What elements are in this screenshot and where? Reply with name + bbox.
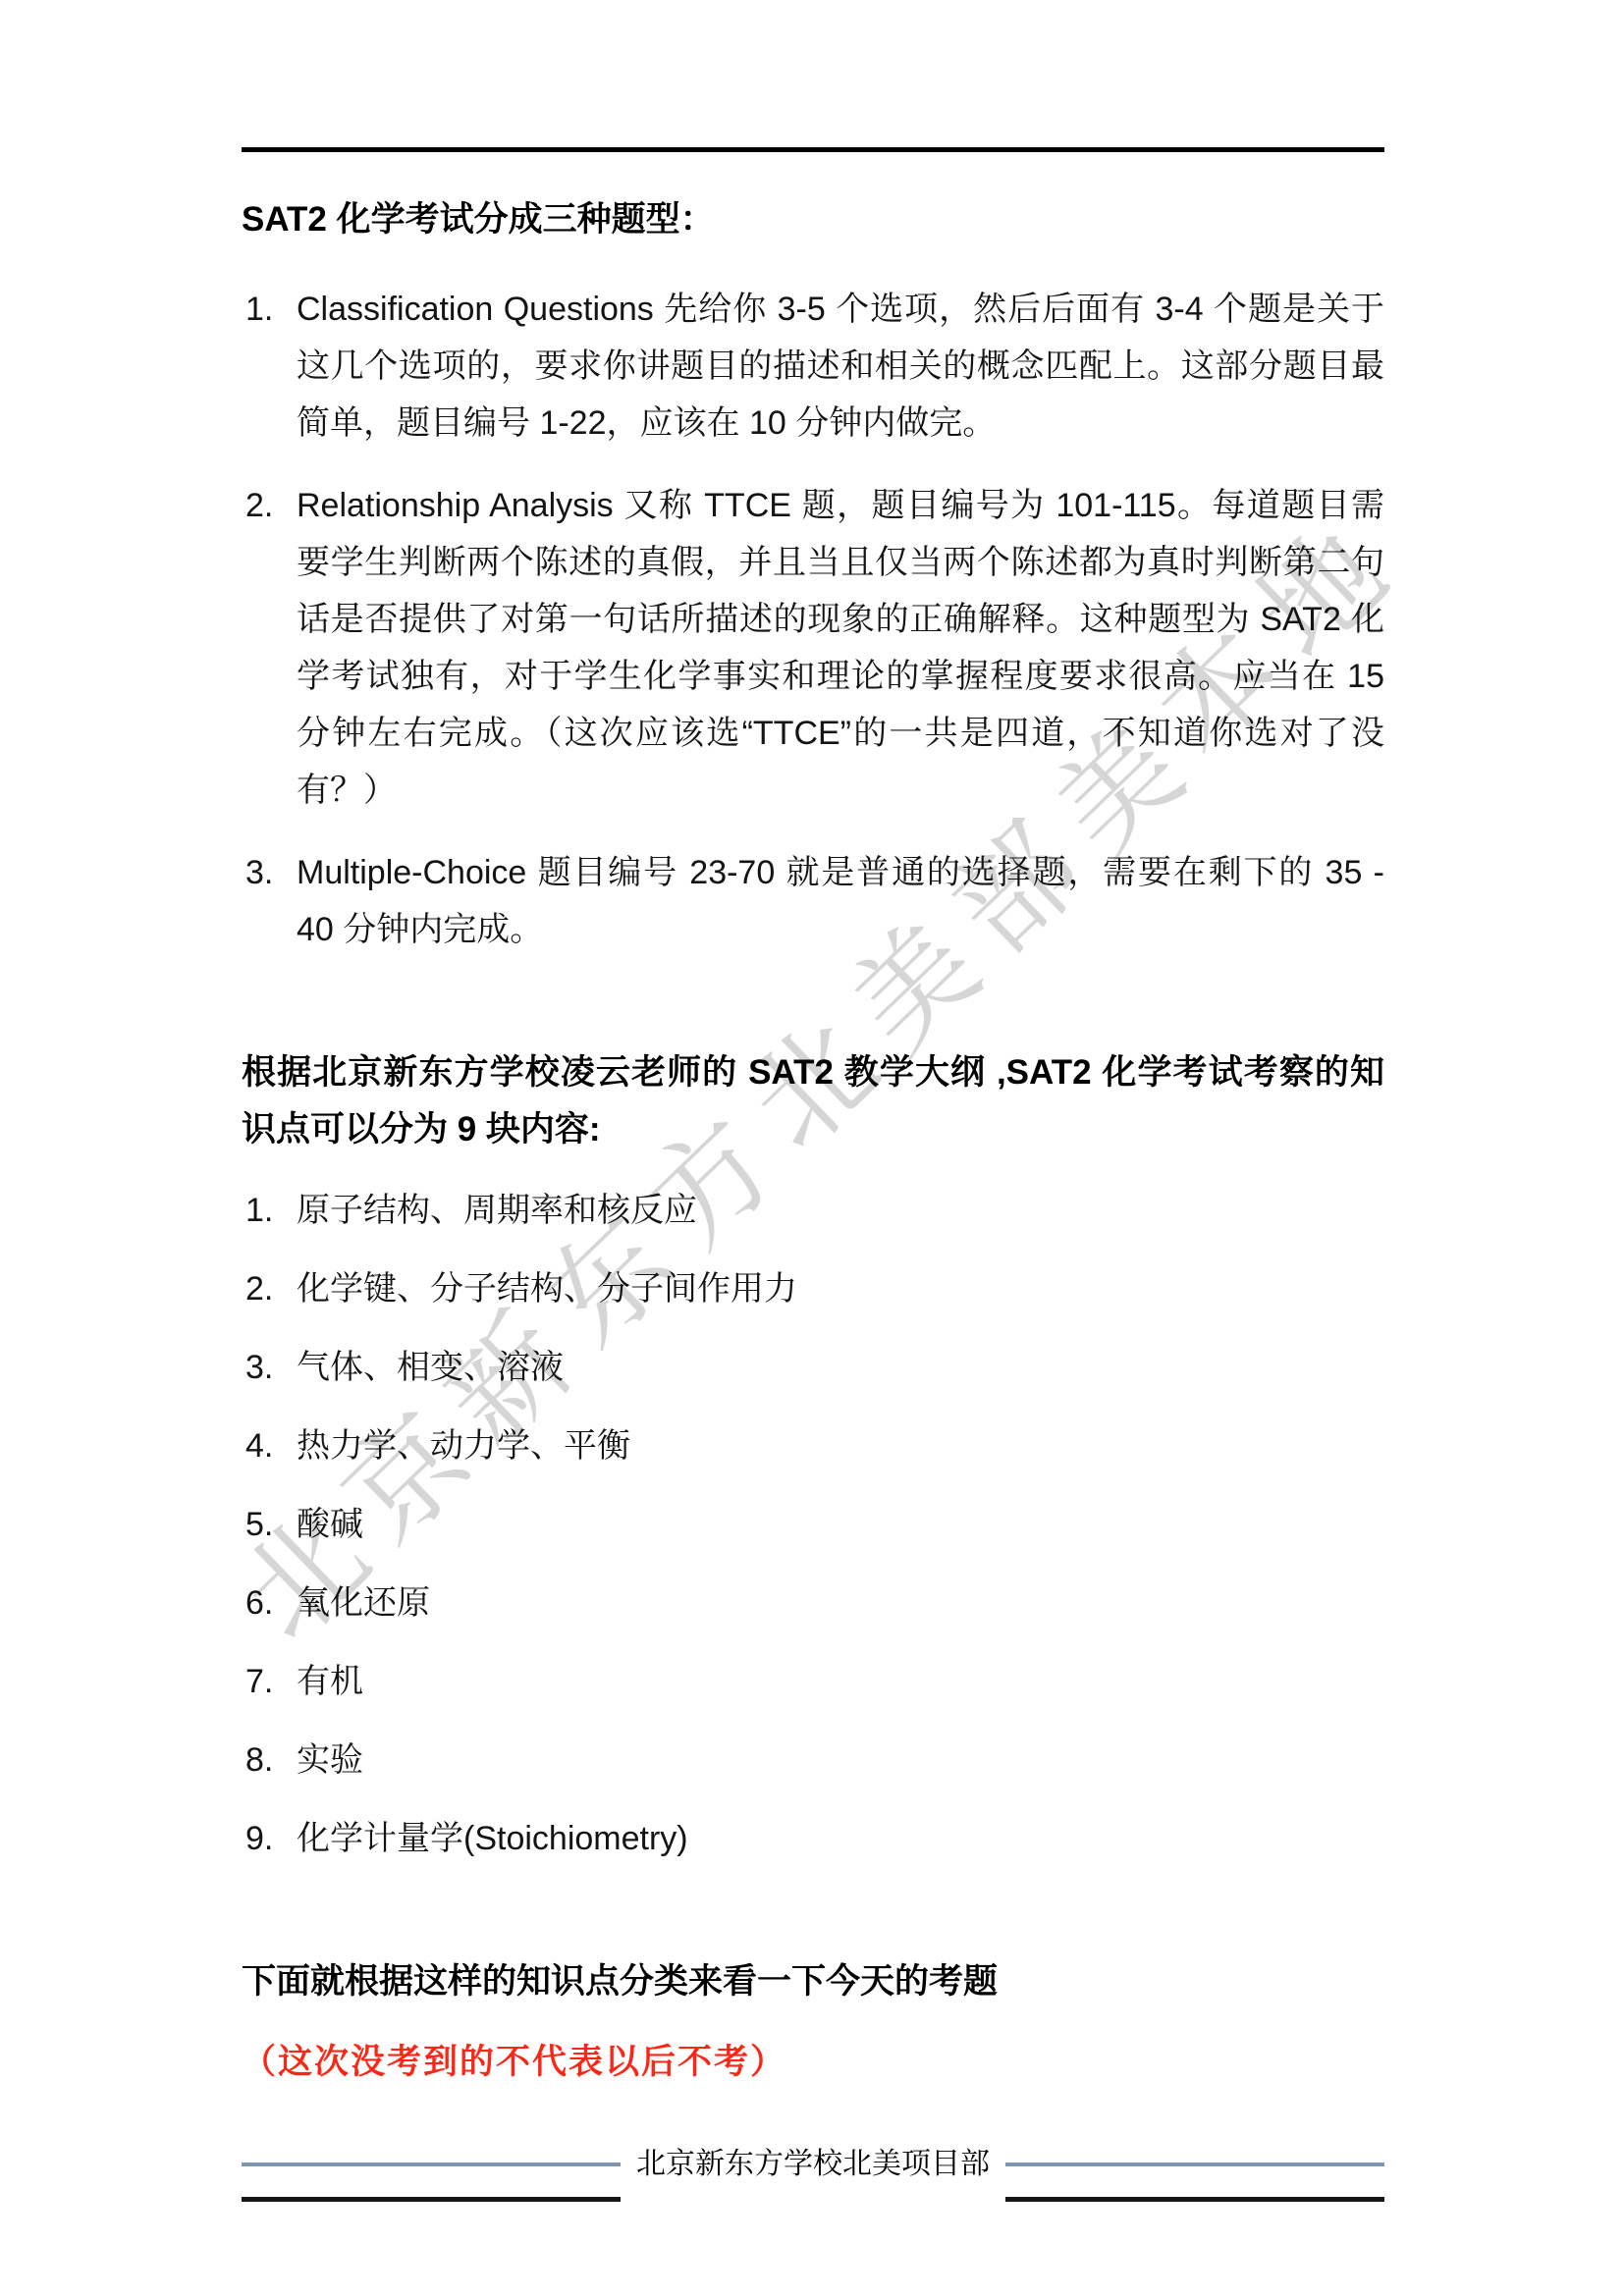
list-item-number: 2. <box>245 1266 273 1311</box>
list-item-text: 原子结构、周期率和核反应 <box>297 1192 697 1229</box>
list-item-text: 有机 <box>297 1663 363 1700</box>
list-item-number: 6. <box>245 1580 273 1626</box>
list-item-number: 8. <box>245 1737 273 1783</box>
document-page: 北京新东方北美部美本地 SAT2 化学考试分成三种题型： 1. Classifi… <box>0 0 1624 2296</box>
list-item: 9. 化学计量学(Stoichiometry) <box>242 1816 1384 1861</box>
footer-rule-blue-right <box>1005 2163 1384 2166</box>
list-item: 6. 氧化还原 <box>242 1580 1384 1626</box>
knowledge-point-list: 1. 原子结构、周期率和核反应 2. 化学键、分子结构、分子间作用力 3. 气体… <box>242 1188 1384 1861</box>
list-item: 2. 化学键、分子结构、分子间作用力 <box>242 1266 1384 1311</box>
heading-syllabus: 根据北京新东方学校凌云老师的 SAT2 教学大纲 ,SAT2 化学考试考察的知识… <box>242 1044 1384 1158</box>
list-item: 3. Multiple-Choice 题目编号 23-70 就是普通的选择题，需… <box>242 844 1384 958</box>
list-item-number: 5. <box>245 1502 273 1547</box>
warning-statement: （这次没考到的不代表以后不考） <box>242 2040 1384 2085</box>
list-item-text: 化学计量学(Stoichiometry) <box>297 1820 688 1857</box>
top-divider-rule <box>242 147 1384 152</box>
list-item-text: 实验 <box>297 1741 363 1779</box>
footer-rule-black-left <box>242 2197 621 2202</box>
footer-rule-blue-left <box>242 2163 621 2166</box>
list-item: 5. 酸碱 <box>242 1502 1384 1547</box>
list-item: 7. 有机 <box>242 1659 1384 1704</box>
list-item-text: 热力学、动力学、平衡 <box>297 1427 630 1465</box>
list-item-text: 酸碱 <box>297 1506 363 1543</box>
list-item-text: Relationship Analysis 又称 TTCE 题，题目编号为 10… <box>297 487 1384 809</box>
list-item: 8. 实验 <box>242 1737 1384 1783</box>
heading-question-types: SAT2 化学考试分成三种题型： <box>242 198 1384 241</box>
question-type-list: 1. Classification Questions 先给你 3-5 个选项，… <box>242 281 1384 958</box>
document-body: SAT2 化学考试分成三种题型： 1. Classification Quest… <box>242 0 1384 2085</box>
page-footer: 北京新东方学校北美项目部 <box>242 2143 1384 2202</box>
closing-statement: 下面就根据这样的知识点分类来看一下今天的考题 <box>242 1959 1384 2004</box>
footer-text: 北京新东方学校北美项目部 <box>621 2143 1005 2186</box>
list-item: 1. 原子结构、周期率和核反应 <box>242 1188 1384 1233</box>
list-item-number: 7. <box>245 1659 273 1704</box>
list-item-text: 氧化还原 <box>297 1584 430 1622</box>
footer-left-rules <box>242 2143 621 2202</box>
footer-right-rules <box>1005 2143 1384 2202</box>
list-item-text: Classification Questions 先给你 3-5 个选项，然后后… <box>297 291 1384 442</box>
list-item-number: 9. <box>245 1816 273 1861</box>
list-item-text: 气体、相变、溶液 <box>297 1349 564 1386</box>
list-item-number: 3. <box>245 844 273 901</box>
list-item-number: 1. <box>245 281 273 338</box>
list-item: 2. Relationship Analysis 又称 TTCE 题，题目编号为… <box>242 477 1384 819</box>
list-item-text: Multiple-Choice 题目编号 23-70 就是普通的选择题，需要在剩… <box>297 854 1384 948</box>
list-item: 1. Classification Questions 先给你 3-5 个选项，… <box>242 281 1384 452</box>
list-item-text: 化学键、分子结构、分子间作用力 <box>297 1270 797 1308</box>
list-item-number: 2. <box>245 477 273 534</box>
list-item-number: 4. <box>245 1423 273 1468</box>
list-item-number: 3. <box>245 1345 273 1390</box>
footer-rule-black-right <box>1005 2197 1384 2202</box>
list-item-number: 1. <box>245 1188 273 1233</box>
list-item: 3. 气体、相变、溶液 <box>242 1345 1384 1390</box>
list-item: 4. 热力学、动力学、平衡 <box>242 1423 1384 1468</box>
